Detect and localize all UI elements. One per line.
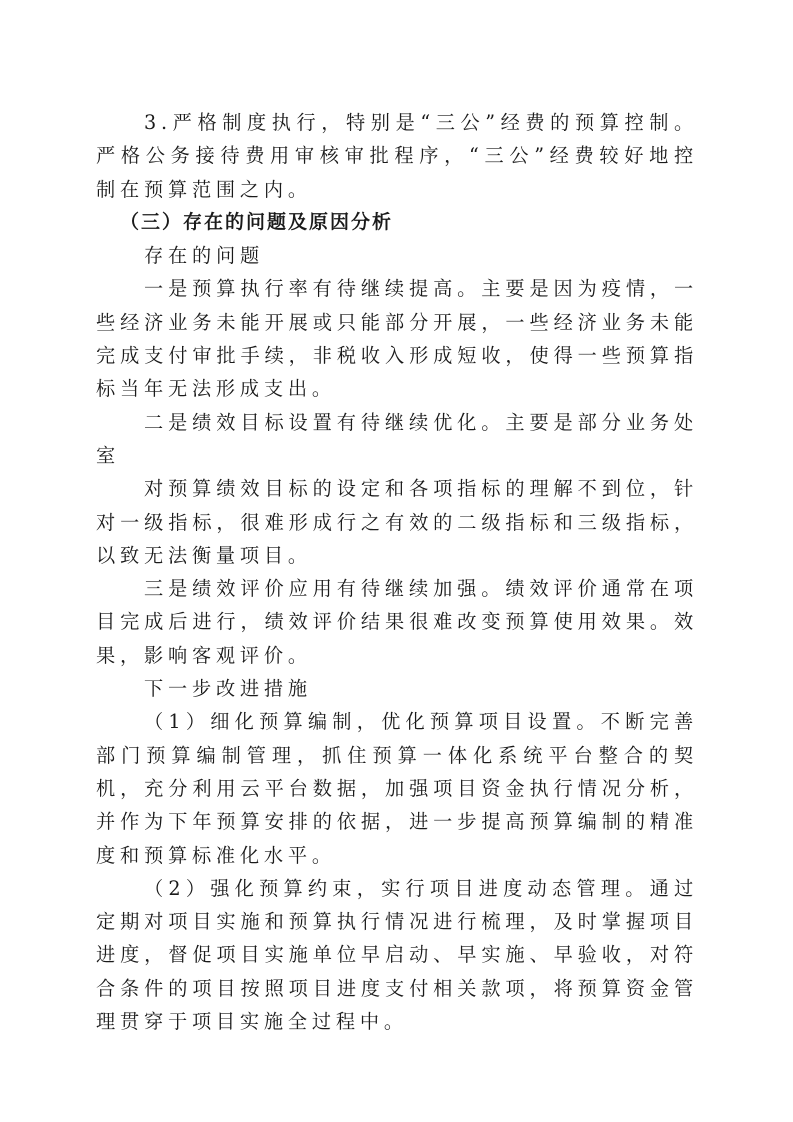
paragraph-three-public-expenses: 3.严格制度执行，特别是“三公”经费的预算控制。严格公务接待费用审核审批程序，“… bbox=[96, 106, 698, 206]
section-heading-problems: （三）存在的问题及原因分析 bbox=[96, 206, 698, 239]
paragraph-problem-two: 二是绩效目标设置有待继续优化。主要是部分业务处室 bbox=[96, 406, 698, 473]
paragraph-problem-three: 三是绩效评价应用有待继续加强。绩效评价通常在项目完成后进行，绩效评价结果很难改变… bbox=[96, 572, 698, 672]
paragraph-problem-one: 一是预算执行率有待继续提高。主要是因为疫情，一些经济业务未能开展或只能部分开展，… bbox=[96, 272, 698, 405]
paragraph-measure-one: （1）细化预算编制，优化预算项目设置。不断完善部门预算编制管理，抓住预算一体化系… bbox=[96, 705, 698, 871]
paragraph-measure-two: （2）强化预算约束，实行项目进度动态管理。通过定期对项目实施和预算执行情况进行梳… bbox=[96, 872, 698, 1038]
paragraph-problem-two-continued: 对预算绩效目标的设定和各项指标的理解不到位，针对一级指标，很难形成行之有效的二级… bbox=[96, 472, 698, 572]
subheading-improvement-measures: 下一步改进措施 bbox=[96, 672, 698, 705]
document-page: 3.严格制度执行，特别是“三公”经费的预算控制。严格公务接待费用审核审批程序，“… bbox=[96, 106, 698, 1038]
subheading-existing-problems: 存在的问题 bbox=[96, 239, 698, 272]
